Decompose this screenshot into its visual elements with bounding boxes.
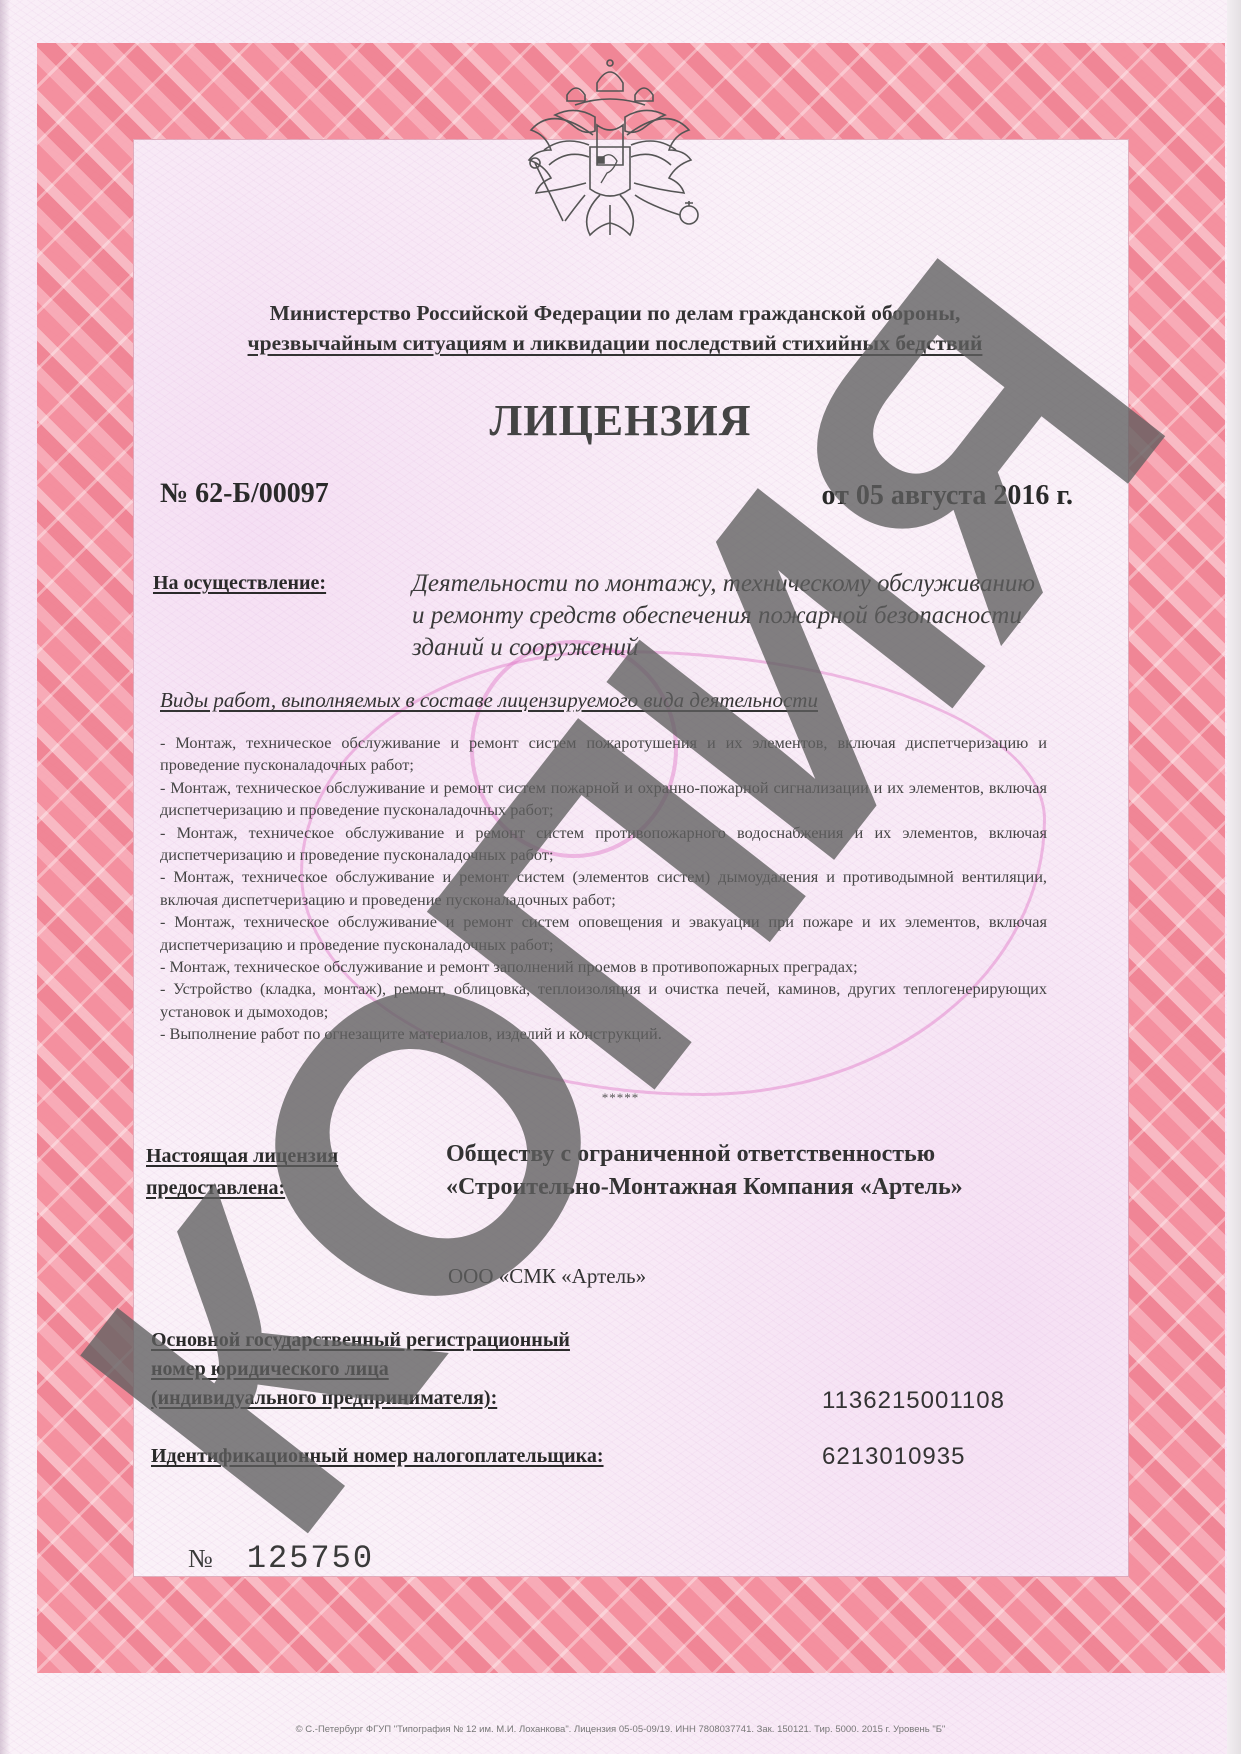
license-date: от 05 августа 2016 г. bbox=[822, 480, 1073, 512]
ogrn-label-line-2: номер юридического лица bbox=[151, 1355, 570, 1384]
issuer-name: Министерство Российской Федерации по дел… bbox=[150, 298, 1080, 358]
list-item: Устройство (кладка, монтаж), ремонт, обл… bbox=[160, 978, 1047, 1023]
list-item: Выполнение работ по огнезащите материало… bbox=[160, 1023, 1047, 1045]
organization-full-name: Обществу с ограниченной ответственностью… bbox=[446, 1138, 1066, 1204]
ogrn-label-line-1: Основной государственный регистрационный bbox=[151, 1326, 570, 1355]
ogrn-label-line-3: (индивидуального предпринимателя): bbox=[151, 1384, 570, 1413]
number-sign: № bbox=[188, 1544, 213, 1573]
blank-serial-number: №125750 bbox=[188, 1540, 374, 1577]
issuer-line-1: Министерство Российской Федерации по дел… bbox=[150, 298, 1080, 328]
granted-label-line-2: предоставлена: bbox=[146, 1172, 406, 1204]
list-item: Монтаж, техническое обслуживание и ремон… bbox=[160, 777, 1047, 822]
inn-value: 6213010935 bbox=[822, 1443, 965, 1471]
ogrn-value: 1136215001108 bbox=[822, 1387, 1005, 1415]
list-item: Монтаж, техническое обслуживание и ремон… bbox=[160, 732, 1047, 777]
inn-label: Идентификационный номер налогоплательщик… bbox=[151, 1445, 604, 1468]
list-item: Монтаж, техническое обслуживание и ремон… bbox=[160, 956, 1047, 978]
works-title: Виды работ, выполняемых в составе лиценз… bbox=[160, 688, 1000, 713]
organization-short-name: ООО «СМК «Артель» bbox=[448, 1264, 646, 1289]
purpose-text: Деятельности по монтажу, техническому об… bbox=[412, 568, 1052, 664]
document-title: ЛИЦЕНЗИЯ bbox=[0, 395, 1241, 446]
license-number: № 62-Б/00097 bbox=[160, 478, 329, 510]
list-item: Монтаж, техническое обслуживание и ремон… bbox=[160, 822, 1047, 867]
purpose-label: На осуществление: bbox=[153, 572, 326, 595]
section-separator: ***** bbox=[0, 1090, 1241, 1106]
works-list: Монтаж, техническое обслуживание и ремон… bbox=[160, 732, 1047, 1046]
printer-imprint: © С.-Петербург ФГУП "Типография № 12 им.… bbox=[0, 1724, 1241, 1735]
list-item: Монтаж, техническое обслуживание и ремон… bbox=[160, 911, 1047, 956]
issuer-line-2: чрезвычайным ситуациям и ликвидации посл… bbox=[150, 328, 1080, 358]
ogrn-label: Основной государственный регистрационный… bbox=[151, 1326, 570, 1413]
granted-label-line-1: Настоящая лицензия bbox=[146, 1140, 406, 1172]
blank-serial-value: 125750 bbox=[247, 1540, 374, 1577]
list-item: Монтаж, техническое обслуживание и ремон… bbox=[160, 866, 1047, 911]
granted-label: Настоящая лицензия предоставлена: bbox=[146, 1140, 406, 1204]
